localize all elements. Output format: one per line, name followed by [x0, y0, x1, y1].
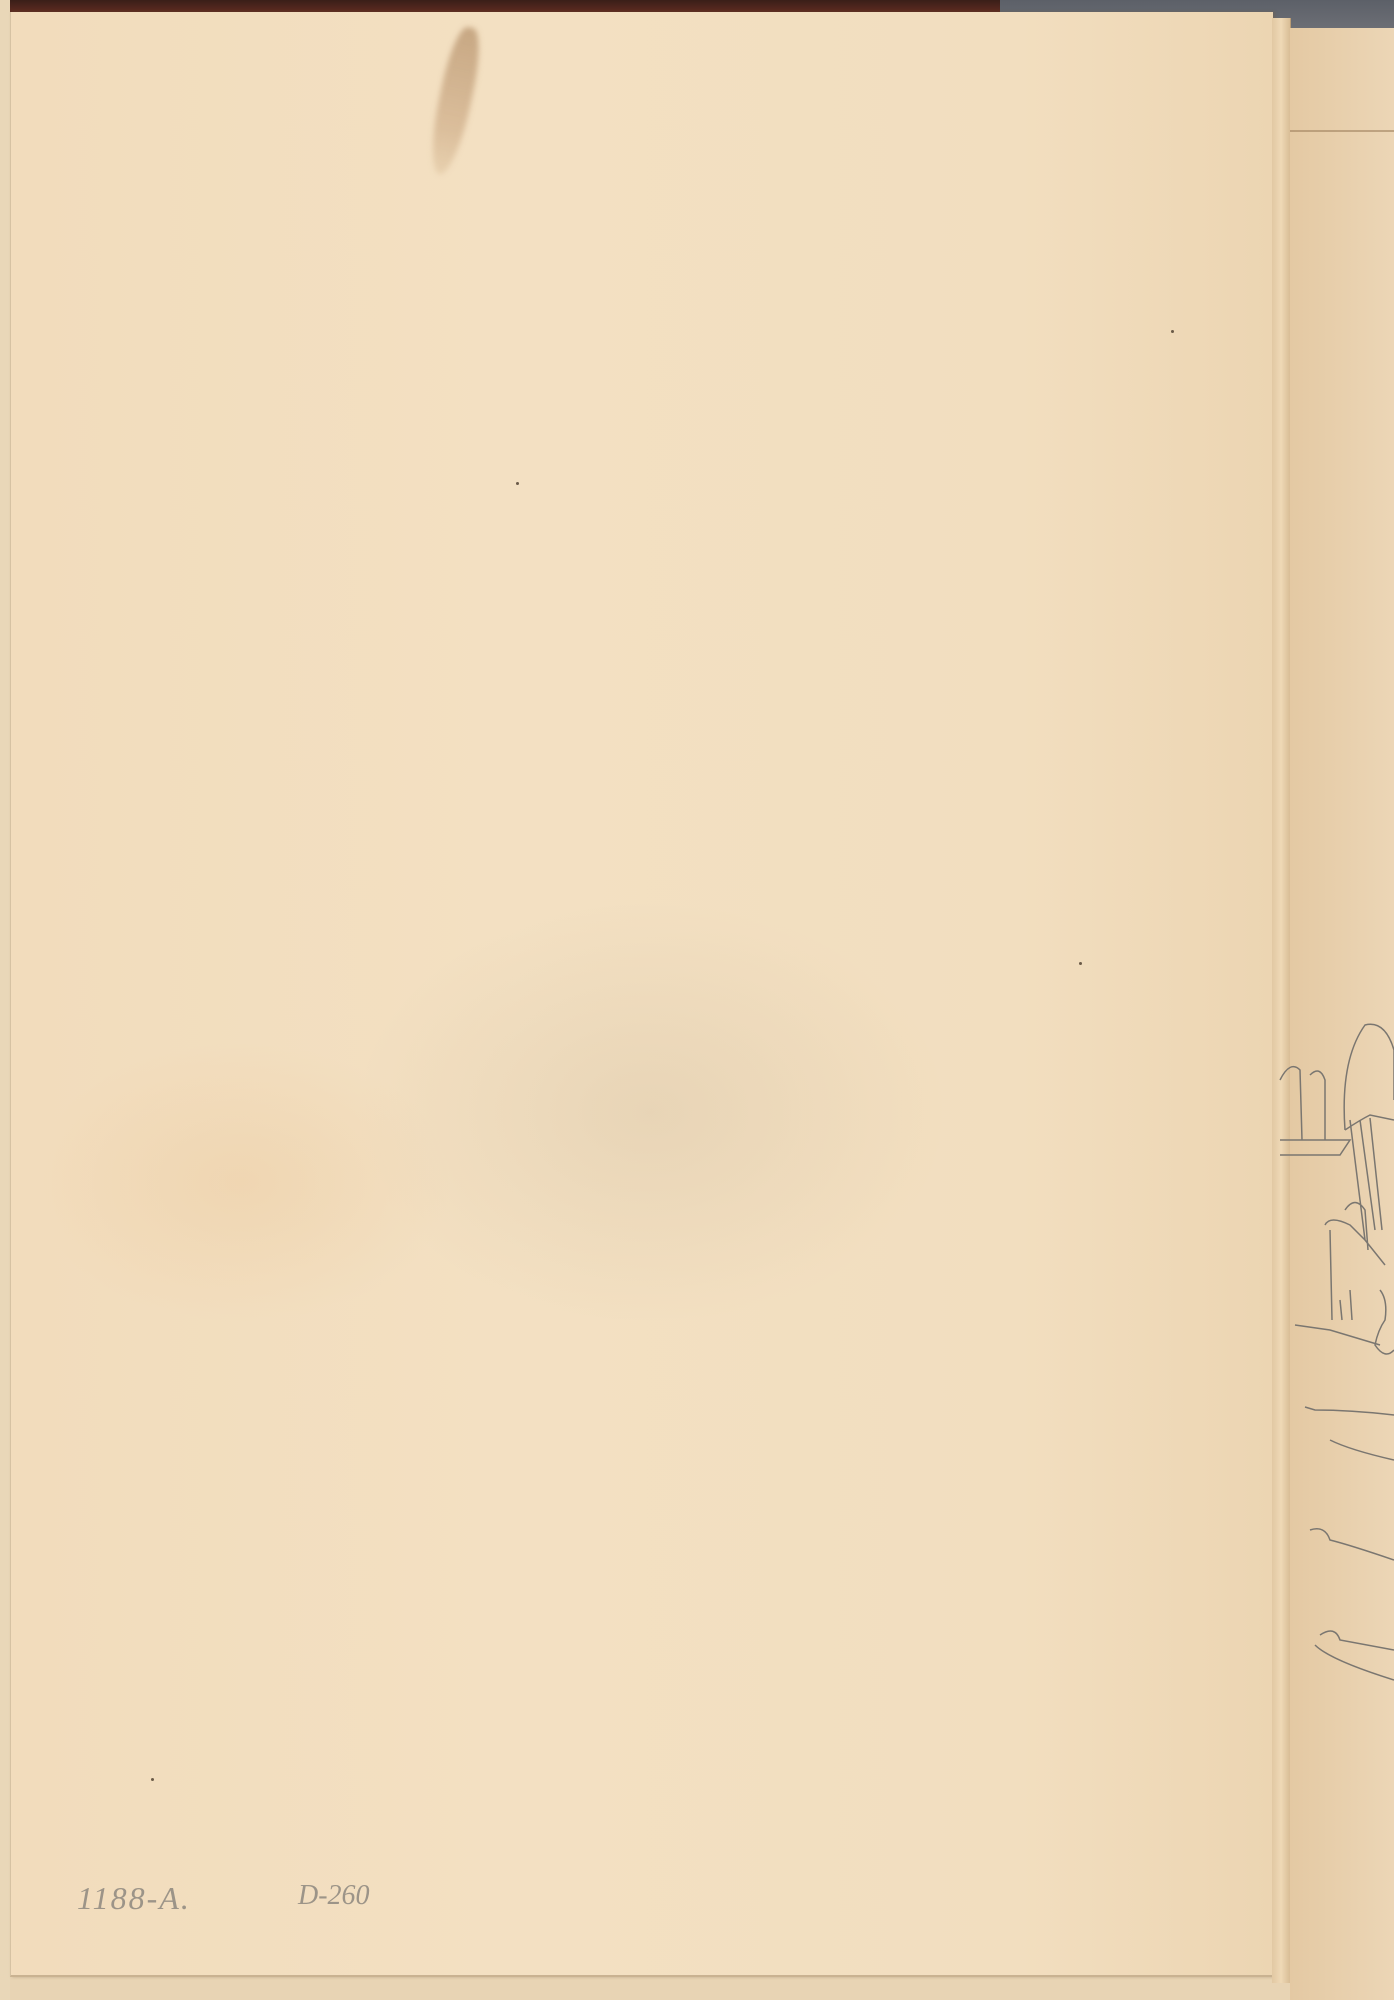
catalog-number: D-260 — [298, 1880, 370, 1912]
paper-speck — [516, 482, 519, 485]
cover-left-edge — [0, 0, 10, 2000]
paper-speck — [151, 1778, 154, 1781]
right-page-fold — [1290, 130, 1394, 152]
pencil-sketch — [1270, 1000, 1394, 1700]
paper-speck — [1171, 330, 1174, 333]
left-page: 1188-A. D-260 — [10, 12, 1273, 1977]
water-stain — [424, 24, 486, 177]
paper-speck — [1079, 962, 1082, 965]
inventory-number: 1188-A. — [77, 1880, 191, 1917]
